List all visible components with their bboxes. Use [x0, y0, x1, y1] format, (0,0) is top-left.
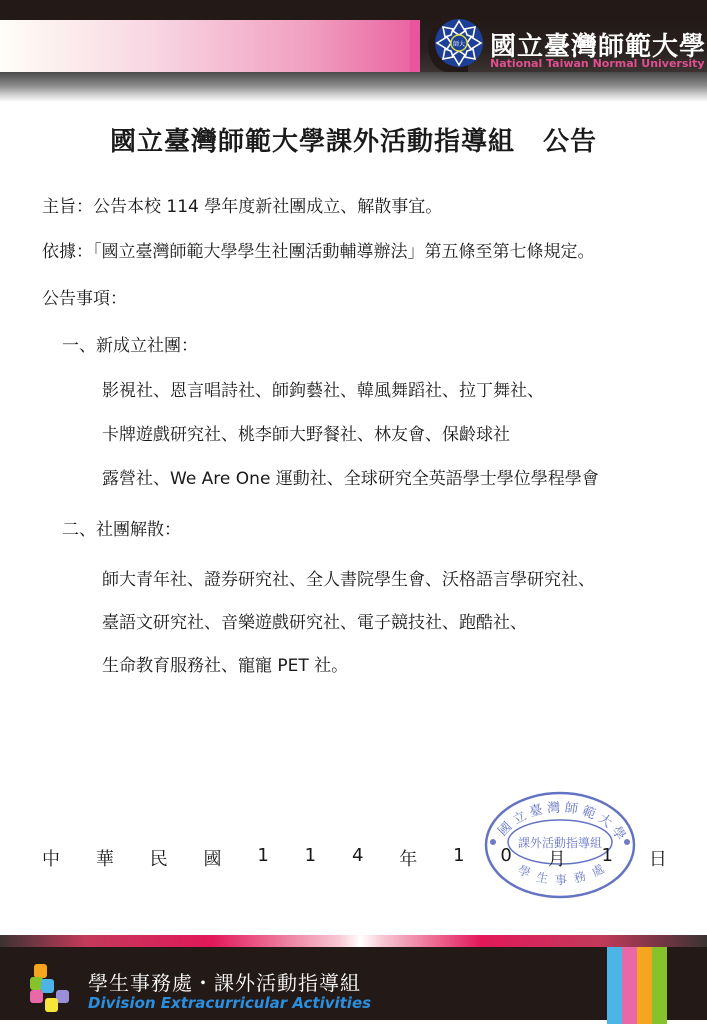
title-text: 國立臺灣師範大學課外活動指導組	[110, 127, 515, 157]
date-char: 4	[352, 845, 363, 871]
announcement-date: 中 華 民 國 1 1 4 年 1 0 月 1 日	[42, 845, 667, 871]
date-char: 日	[649, 845, 667, 871]
subject-line: 主旨：公告本校 114 學年度新社團成立、解散事宜。	[42, 192, 442, 217]
date-char: 1	[602, 845, 613, 871]
date-char: 0	[500, 845, 511, 871]
header-pink-band	[0, 20, 440, 72]
date-char: 國	[204, 845, 222, 871]
dissolved-clubs-line: 臺語文研究社、音樂遊戲研究社、電子競技社、跑酷社、	[102, 608, 527, 633]
footer-bottom-edge	[0, 1020, 707, 1024]
date-char: 1	[257, 845, 268, 871]
page-title: 國立臺灣師範大學課外活動指導組公告	[0, 121, 707, 158]
section-heading-new-clubs: 一、新成立社團：	[62, 331, 198, 356]
footer-stripe-pink	[622, 947, 637, 1024]
new-clubs-line: 露營社、We Are One 運動社、全球研究全英語學士學位學程學會	[102, 464, 599, 489]
colored-cubes-icon	[28, 962, 84, 1018]
basis-line: 依據：「國立臺灣師範大學學生社團活動輔導辦法」第五條至第七條規定。	[42, 237, 595, 262]
header-top-band	[0, 0, 707, 20]
ntnu-emblem-icon: 師大	[434, 18, 484, 68]
footer-stripe-blue	[607, 947, 622, 1024]
new-clubs-line: 卡牌遊戲研究社、桃李師大野餐社、林友會、保齡球社	[102, 420, 510, 445]
footer-stripe-orange	[637, 947, 652, 1024]
date-char: 中	[42, 845, 60, 871]
footer-gradient-line	[0, 935, 707, 947]
date-char: 1	[453, 845, 464, 871]
footer-office-name-en: Division Extracurricular Activities	[88, 994, 371, 1012]
date-char: 民	[150, 845, 168, 871]
footer-stripe-green	[652, 947, 667, 1024]
university-name-en: National Taiwan Normal University	[490, 57, 705, 70]
dissolved-clubs-line: 師大青年社、證券研究社、全人書院學生會、沃格語言學研究社、	[102, 565, 595, 590]
date-char: 華	[96, 845, 114, 871]
items-heading: 公告事項：	[42, 284, 127, 309]
title-suffix: 公告	[543, 127, 597, 157]
footer-office-name-zh: 學生事務處・課外活動指導組	[88, 967, 361, 996]
section-heading-dissolved-clubs: 二、社團解散：	[62, 515, 181, 540]
new-clubs-line: 影視社、恩言唱詩社、師鉤藝社、韓風舞蹈社、拉丁舞社、	[102, 376, 544, 401]
date-char: 月	[548, 845, 566, 871]
svg-text:師大: 師大	[453, 40, 465, 48]
date-char: 年	[399, 845, 417, 871]
dissolved-clubs-line: 生命教育服務社、寵寵 PET 社。	[102, 651, 348, 676]
date-char: 1	[305, 845, 316, 871]
header-gray-gradient	[0, 72, 707, 102]
